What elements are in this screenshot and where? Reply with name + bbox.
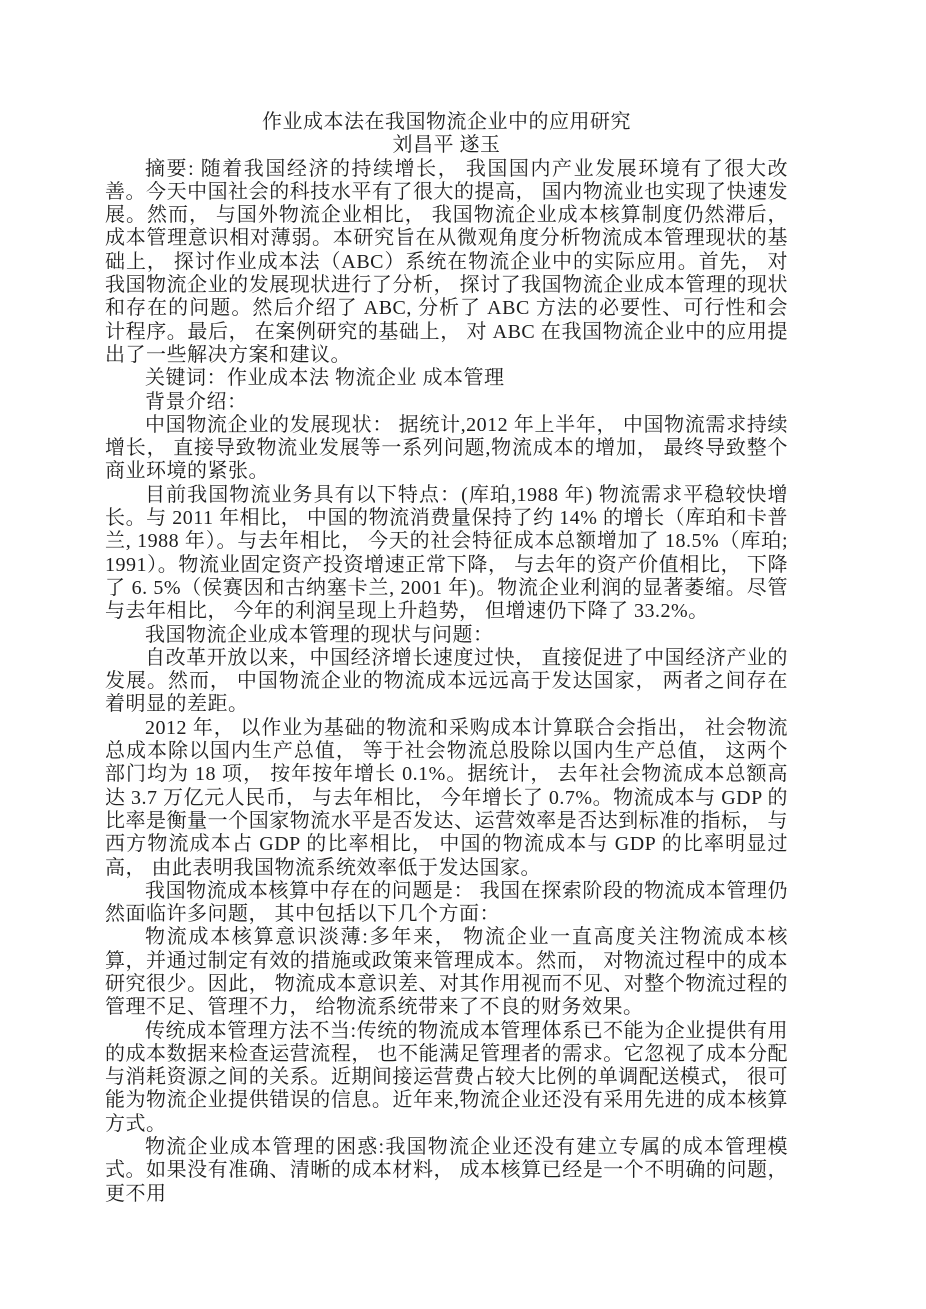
paragraph-logistics-characteristics: 目前我国物流业务具有以下特点：(库珀,1988 年) 物流需求平稳较快增长。与 … [105,484,788,624]
author-line: 刘昌平 遂玉 [105,134,788,157]
paragraph-abstract: 摘要: 随着我国经济的持续增长， 我国国内产业发展环境有了很大改善。今天中国社会… [105,158,788,368]
document-page: 作业成本法在我国物流企业中的应用研究 刘昌平 遂玉 摘要: 随着我国经济的持续增… [0,0,926,1309]
paragraph-reform-gap: 自改革开放以来，中国经济增长速度过快， 直接促进了中国经济产业的发展。然而， 中… [105,647,788,717]
paragraph-problems-intro: 我国物流成本核算中存在的问题是： 我国在探索阶段的物流成本管理仍然面临许多问题，… [105,880,788,927]
paragraph-status-problems-heading: 我国物流企业成本管理的现状与问题： [105,624,788,647]
paragraph-improper-traditional-methods: 传统成本管理方法不当:传统的物流成本管理体系已不能为企业提供有用的成本数据来检查… [105,1020,788,1136]
paragraph-weak-cost-awareness: 物流成本核算意识淡薄:多年来， 物流企业一直高度关注物流成本核算，并通过制定有效… [105,926,788,1019]
paragraph-keywords: 关键词：作业成本法 物流企业 成本管理 [105,367,788,390]
paragraph-development-status: 中国物流企业的发展现状： 据统计,2012 年上半年， 中国物流需求持续增长， … [105,414,788,484]
document-title: 作业成本法在我国物流企业中的应用研究 [105,111,788,134]
paragraph-background-heading: 背景介绍： [105,391,788,414]
paragraph-cost-management-confusion: 物流企业成本管理的困惑:我国物流企业还没有建立专属的成本管理模式。如果没有准确、… [105,1136,788,1206]
document-content: 作业成本法在我国物流企业中的应用研究 刘昌平 遂玉 摘要: 随着我国经济的持续增… [105,111,788,1206]
paragraph-2012-gdp-stats: 2012 年， 以作业为基础的物流和采购成本计算联合会指出， 社会物流总成本除以… [105,717,788,880]
